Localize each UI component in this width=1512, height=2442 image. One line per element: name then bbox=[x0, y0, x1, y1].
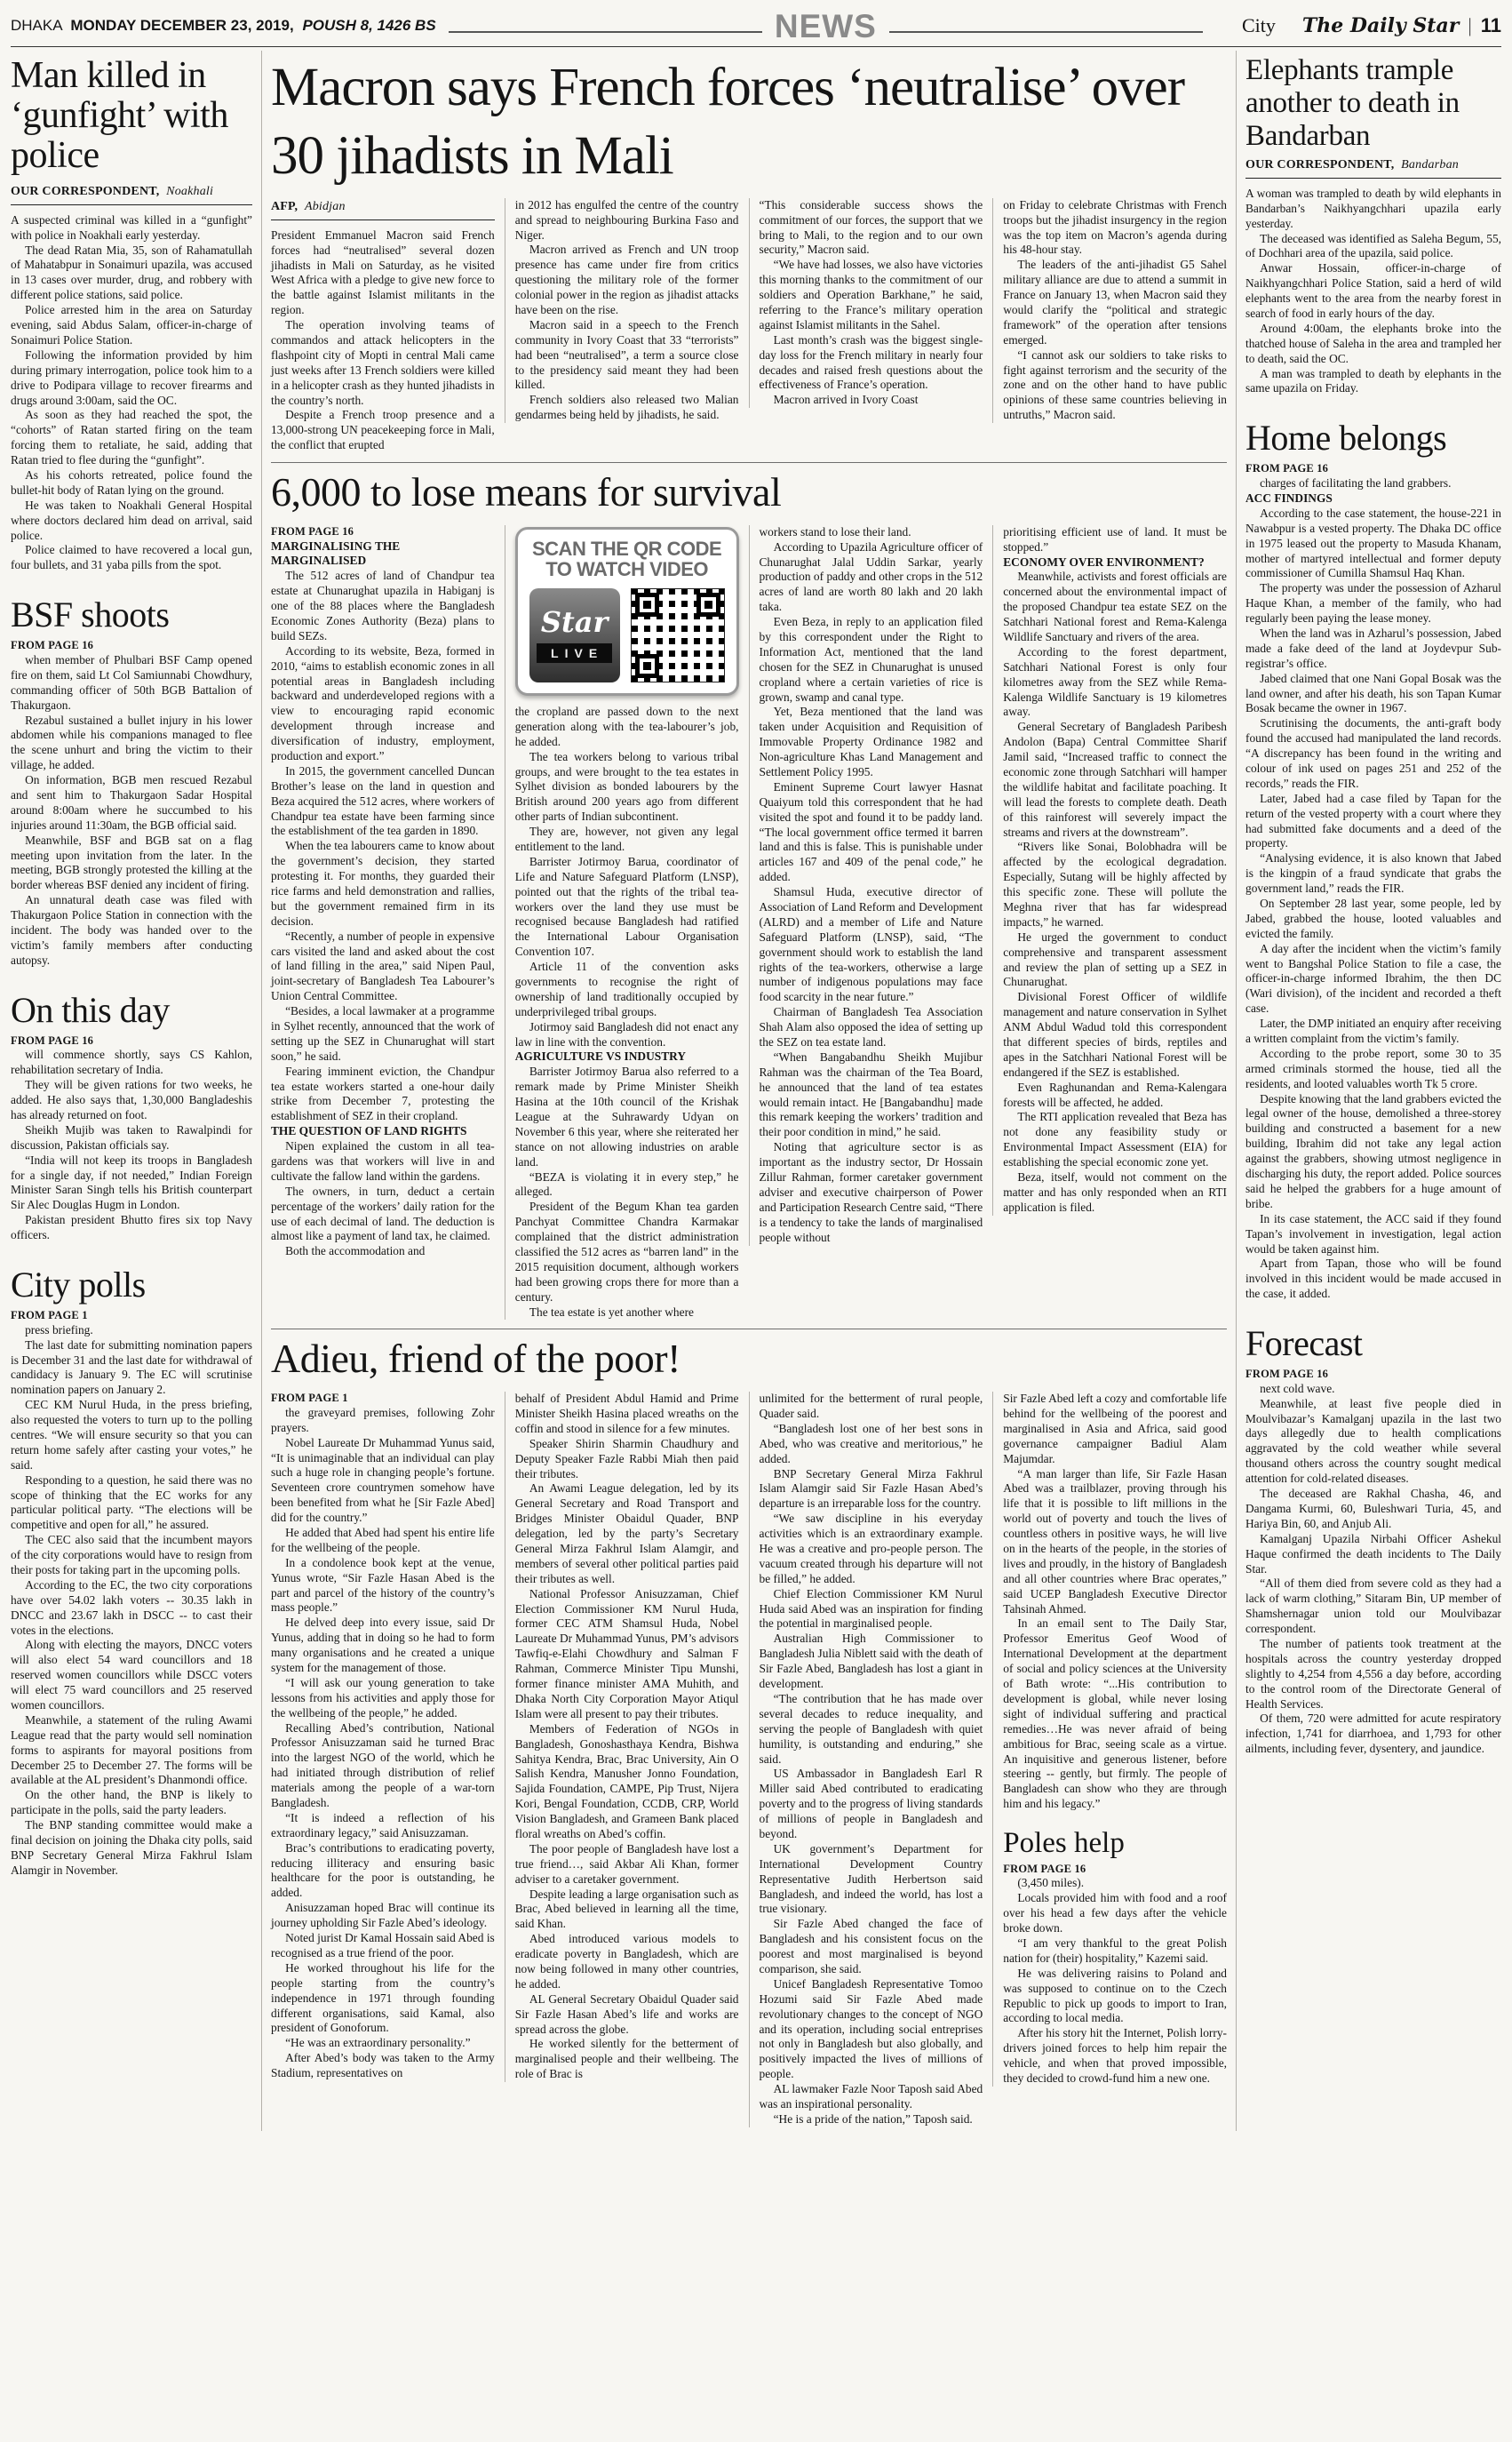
paragraph: Responding to a question, he said there … bbox=[11, 1473, 252, 1534]
paragraph: “I cannot ask our soldiers to take risks… bbox=[1003, 348, 1227, 423]
paragraph: In a condolence book kept at the venue, … bbox=[271, 1556, 495, 1616]
paragraph: “Analysing evidence, it is also known th… bbox=[1245, 851, 1501, 897]
paragraph: Meanwhile, activists and forest official… bbox=[1003, 570, 1227, 644]
paragraph: Recalling Abed’s contribution, National … bbox=[271, 1721, 495, 1811]
paragraph: on Friday to celebrate Christmas with Fr… bbox=[1003, 198, 1227, 259]
paragraph: FROM PAGE 16 bbox=[1003, 1863, 1227, 1877]
paragraph: Last month’s crash was the biggest singl… bbox=[760, 333, 983, 394]
byline-name: OUR CORRESPONDENT, bbox=[1245, 158, 1394, 172]
paragraph: “When Bangabandhu Sheikh Mujibur Rahman … bbox=[760, 1050, 983, 1140]
paragraph: Macron said in a speech to the French co… bbox=[515, 318, 739, 393]
paragraph: Police claimed to have recovered a local… bbox=[11, 543, 252, 573]
paragraph: A day after the incident when the victim… bbox=[1245, 942, 1501, 1017]
dateline-city: DHAKA bbox=[11, 17, 62, 34]
paragraph: President Emmanuel Macron said French fo… bbox=[271, 228, 495, 318]
paragraph: FROM PAGE 16 bbox=[1245, 1368, 1501, 1382]
paragraph: The owners, in turn, deduct a certain pe… bbox=[271, 1185, 495, 1245]
qr-promo-line2: TO WATCH VIDEO bbox=[529, 559, 726, 579]
paragraph: An Awami League delegation, led by its G… bbox=[515, 1481, 739, 1586]
paragraph: CEC KM Nurul Huda, in the press briefing… bbox=[11, 1398, 252, 1472]
paragraph: He added that Abed had spent his entire … bbox=[271, 1526, 495, 1556]
paragraph: Macron arrived as French and UN troop pr… bbox=[515, 243, 739, 317]
article-elephants: Elephants trample another to death in Ba… bbox=[1245, 54, 1501, 396]
right-column: Elephants trample another to death in Ba… bbox=[1237, 51, 1501, 2131]
paragraph: He worked silently for the betterment of… bbox=[515, 2037, 739, 2082]
paragraph: “We have had losses, we also have victor… bbox=[760, 258, 983, 332]
byline: OUR CORRESPONDENT, Noakhali bbox=[11, 185, 252, 205]
article-macron: Macron says French forces ‘neutralise’ o… bbox=[271, 54, 1227, 453]
paragraph: Sir Fazle Abed changed the face of Bangl… bbox=[760, 1917, 983, 1977]
paragraph: behalf of President Abdul Hamid and Prim… bbox=[515, 1392, 739, 1437]
paragraph: AL lawmaker Fazle Noor Taposh said Abed … bbox=[760, 2082, 983, 2112]
paragraph: Later, Jabed had a case filed by Tapan f… bbox=[1245, 792, 1501, 852]
paragraph: Beza, itself, would not comment on the m… bbox=[1003, 1170, 1227, 1216]
article-columns: FROM PAGE 16MARGINALISING THE MARGINALIS… bbox=[271, 525, 1227, 1321]
article-columns: FROM PAGE 1the graveyard premises, follo… bbox=[271, 1392, 1227, 2127]
byline: AFP, Abidjan bbox=[271, 200, 495, 220]
paragraph: French soldiers also released two Malian… bbox=[515, 393, 739, 423]
paragraph: The RTI application revealed that Beza h… bbox=[1003, 1110, 1227, 1170]
paragraph: General Secretary of Bangladesh Paribesh… bbox=[1003, 720, 1227, 840]
article-poles-help: Poles help FROM PAGE 16(3,450 miles).Loc… bbox=[1003, 1828, 1227, 2087]
paragraph: Nipen explained the custom in all tea-ga… bbox=[271, 1139, 495, 1185]
newspaper-page: DHAKA MONDAY DECEMBER 23, 2019, POUSH 8,… bbox=[0, 0, 1512, 2442]
article-body: A woman was trampled to death by wild el… bbox=[1245, 187, 1501, 396]
paragraph: Despite leading a large organisation suc… bbox=[515, 1887, 739, 1933]
paragraph: He worked throughout his life for the pe… bbox=[271, 1961, 495, 2036]
qr-promo-row: Star LIVE bbox=[529, 588, 726, 682]
paragraph: Chief Election Commissioner KM Nurul Hud… bbox=[760, 1587, 983, 1632]
paragraph: According to the case statement, the hou… bbox=[1245, 507, 1501, 581]
paragraph: A man was trampled to death by elephants… bbox=[1245, 367, 1501, 397]
paragraph: FROM PAGE 16 bbox=[11, 639, 252, 653]
paragraph: MARGINALISING THE MARGINALISED bbox=[271, 539, 495, 570]
paragraph: Even Raghunandan and Rema-Kalengara fore… bbox=[1003, 1081, 1227, 1111]
paragraph: After Abed’s body was taken to the Army … bbox=[271, 2051, 495, 2081]
paragraph: Barrister Jotirmoy Barua, coordinator of… bbox=[515, 855, 739, 960]
paragraph: “Besides, a local lawmaker at a programm… bbox=[271, 1004, 495, 1065]
article-city-polls: City polls FROM PAGE 1press briefing.The… bbox=[11, 1266, 252, 1879]
paragraph: Meanwhile, BSF and BGB sat on a flag mee… bbox=[11, 834, 252, 894]
paragraph: workers stand to lose their land. bbox=[760, 525, 983, 540]
paragraph: FROM PAGE 1 bbox=[11, 1309, 252, 1323]
masthead: The Daily Star bbox=[1302, 14, 1459, 37]
paragraph: US Ambassador in Bangladesh Earl R Mille… bbox=[760, 1767, 983, 1841]
dateline-date: MONDAY DECEMBER 23, 2019, bbox=[70, 17, 293, 34]
paragraph: He urged the government to conduct compr… bbox=[1003, 930, 1227, 991]
column-body: prioritising efficient use of land. It m… bbox=[1003, 525, 1227, 1216]
paragraph: Barrister Jotirmoy Barua also referred t… bbox=[515, 1065, 739, 1169]
qr-code-icon bbox=[631, 588, 725, 682]
paragraph: “He is a pride of the nation,” Taposh sa… bbox=[760, 2112, 983, 2127]
paragraph: Shamsul Huda, executive director of Asso… bbox=[760, 885, 983, 1005]
qr-promo-line1: SCAN THE QR CODE bbox=[529, 539, 726, 559]
live-label: LIVE bbox=[537, 643, 613, 663]
star-logo-text: Star bbox=[541, 608, 608, 636]
article-columns: AFP, Abidjan President Emmanuel Macron s… bbox=[271, 198, 1227, 453]
paragraph: Scrutinising the documents, the anti-gra… bbox=[1245, 716, 1501, 791]
paragraph: Noted jurist Dr Kamal Hossain said Abed … bbox=[271, 1931, 495, 1961]
byline-location: Noakhali bbox=[166, 185, 213, 198]
paragraph: “This considerable success shows the com… bbox=[760, 198, 983, 259]
paragraph: The leaders of the anti-jihadist G5 Sahe… bbox=[1003, 258, 1227, 347]
qr-promo-box: SCAN THE QR CODE TO WATCH VIDEO Star LIV… bbox=[515, 527, 739, 696]
paragraph: When the tea labourers came to know abou… bbox=[271, 839, 495, 929]
article-headline: Man killed in ‘gunfight’ with police bbox=[11, 56, 252, 176]
masthead-group: The Daily Star | 11 bbox=[1302, 14, 1501, 37]
column-body: workers stand to lose their land.Accordi… bbox=[760, 525, 983, 1246]
paragraph: Macron arrived in Ivory Coast bbox=[760, 393, 983, 408]
column-body: “This considerable success shows the com… bbox=[760, 198, 983, 408]
article-bsf-shoots: BSF shoots FROM PAGE 16when member of Ph… bbox=[11, 596, 252, 968]
column-4: Sir Fazle Abed left a cozy and comfortab… bbox=[992, 1392, 1227, 2087]
paragraph: Rezabul sustained a bullet injury in his… bbox=[11, 714, 252, 774]
paragraph: “I will ask our young generation to take… bbox=[271, 1676, 495, 1721]
paragraph: THE QUESTION OF LAND RIGHTS bbox=[271, 1124, 495, 1139]
page-number: 11 bbox=[1481, 14, 1501, 37]
article-headline: Macron says French forces ‘neutralise’ o… bbox=[271, 54, 1227, 191]
paragraph: “Rivers like Sonai, Bolobhadra will be a… bbox=[1003, 840, 1227, 930]
column-1: AFP, Abidjan President Emmanuel Macron s… bbox=[271, 198, 505, 453]
paragraph: Meanwhile, a statement of the ruling Awa… bbox=[11, 1713, 252, 1788]
paragraph: Australian High Commissioner to Banglade… bbox=[760, 1632, 983, 1692]
article-body: FROM PAGE 16next cold wave.Meanwhile, at… bbox=[1245, 1368, 1501, 1757]
paragraph: Following the information provided by hi… bbox=[11, 348, 252, 409]
section-divider bbox=[271, 462, 1227, 463]
paragraph: FROM PAGE 16 bbox=[1245, 462, 1501, 476]
paragraph: On information, BGB men rescued Rezabul … bbox=[11, 773, 252, 834]
paragraph: ACC FINDINGS bbox=[1245, 491, 1501, 507]
column-body: unlimited for the betterment of rural pe… bbox=[760, 1392, 983, 2127]
main-column: Macron says French forces ‘neutralise’ o… bbox=[261, 51, 1237, 2131]
article-headline: Adieu, friend of the poor! bbox=[271, 1337, 1227, 1381]
paragraph: Around 4:00am, the elephants broke into … bbox=[1245, 322, 1501, 367]
paragraph: Abed introduced various models to eradic… bbox=[515, 1932, 739, 1992]
paragraph: They are, however, not given any legal e… bbox=[515, 825, 739, 855]
paragraph: Jotirmoy said Bangladesh did not enact a… bbox=[515, 1020, 739, 1050]
paragraph: the cropland are passed down to the next… bbox=[515, 705, 739, 750]
paragraph: Police arrested him in the area on Satur… bbox=[11, 303, 252, 348]
paragraph: As soon as they had reached the spot, th… bbox=[11, 408, 252, 468]
paragraph: National Professor Anisuzzaman, Chief El… bbox=[515, 1587, 739, 1722]
article-headline: Home belongs bbox=[1245, 419, 1501, 457]
paragraph: when member of Phulbari BSF Camp opened … bbox=[11, 653, 252, 714]
paragraph: in 2012 has engulfed the centre of the c… bbox=[515, 198, 739, 243]
paragraph: He was taken to Noakhali General Hospita… bbox=[11, 499, 252, 544]
column-body: the cropland are passed down to the next… bbox=[515, 705, 739, 1321]
paragraph: “He was an extraordinary personality.” bbox=[271, 2036, 495, 2051]
column-body: in 2012 has engulfed the centre of the c… bbox=[515, 198, 739, 423]
paragraph: charges of facilitating the land grabber… bbox=[1245, 476, 1501, 491]
section-title: NEWS bbox=[775, 10, 877, 43]
article-headline: 6,000 to lose means for survival bbox=[271, 470, 1227, 515]
header-bottom-rule bbox=[11, 46, 1501, 47]
page-content: Man killed in ‘gunfight’ with police OUR… bbox=[11, 51, 1501, 2131]
article-forecast: Forecast FROM PAGE 16next cold wave.Mean… bbox=[1245, 1325, 1501, 1757]
paragraph: They will be given rations for two weeks… bbox=[11, 1078, 252, 1123]
paragraph: Sir Fazle Abed left a cozy and comfortab… bbox=[1003, 1392, 1227, 1466]
paragraph: Later, the DMP initiated an enquiry afte… bbox=[1245, 1017, 1501, 1047]
paragraph: Despite a French troop presence and a 13… bbox=[271, 408, 495, 453]
paragraph: “BEZA is violating it in every step,” he… bbox=[515, 1170, 739, 1201]
paragraph: Both the accommodation and bbox=[271, 1244, 495, 1259]
byline-location: Abidjan bbox=[305, 200, 346, 213]
paragraph: press briefing. bbox=[11, 1323, 252, 1338]
paragraph: The operation involving teams of command… bbox=[271, 318, 495, 408]
paragraph: He was delivering raisins to Poland and … bbox=[1003, 1967, 1227, 2027]
article-headline: Poles help bbox=[1003, 1828, 1227, 1859]
paragraph: The property was under the possession of… bbox=[1245, 581, 1501, 626]
paragraph: “It is indeed a reflection of his extrao… bbox=[271, 1811, 495, 1841]
paragraph: “We saw discipline in his everyday activ… bbox=[760, 1512, 983, 1586]
paragraph: According to the probe report, some 30 t… bbox=[1245, 1047, 1501, 1092]
paragraph: The 512 acres of land of Chandpur tea es… bbox=[271, 569, 495, 643]
paragraph: As his cohorts retreated, police found t… bbox=[11, 468, 252, 499]
article-on-this-day: On this day FROM PAGE 16will commence sh… bbox=[11, 992, 252, 1243]
paragraph: A woman was trampled to death by wild el… bbox=[1245, 187, 1501, 232]
column-body: President Emmanuel Macron said French fo… bbox=[271, 228, 495, 453]
paragraph: Divisional Forest Officer of wildlife ma… bbox=[1003, 990, 1227, 1080]
paragraph: Chairman of Bangladesh Tea Association S… bbox=[760, 1005, 983, 1050]
paragraph: The last date for submitting nomination … bbox=[11, 1338, 252, 1399]
paragraph: In its case statement, the ACC said if t… bbox=[1245, 1212, 1501, 1257]
paragraph: “The contribution that he has made over … bbox=[760, 1692, 983, 1767]
paragraph: In 2015, the government cancelled Duncan… bbox=[271, 764, 495, 839]
paragraph: According to Upazila Agriculture officer… bbox=[760, 540, 983, 615]
paragraph: Fearing imminent eviction, the Chandpur … bbox=[271, 1065, 495, 1125]
paragraph: Eminent Supreme Court lawyer Hasnat Quai… bbox=[760, 780, 983, 885]
paragraph: Noting that agriculture sector is as imp… bbox=[760, 1140, 983, 1245]
column-body: Sir Fazle Abed left a cozy and comfortab… bbox=[1003, 1392, 1227, 1812]
paragraph: Anisuzzaman hoped Brac will continue its… bbox=[271, 1901, 495, 1931]
paragraph: The deceased are Rakhal Chasha, 46, and … bbox=[1245, 1487, 1501, 1532]
dateline-bangla-date: POUSH 8, 1426 BS bbox=[302, 17, 435, 34]
byline-name: AFP, bbox=[271, 200, 298, 213]
paragraph: The deceased was identified as Saleha Be… bbox=[1245, 232, 1501, 262]
column-3: workers stand to lose their land.Accordi… bbox=[749, 525, 993, 1246]
paragraph: FROM PAGE 16 bbox=[271, 525, 495, 539]
byline-location: Bandarban bbox=[1401, 158, 1459, 172]
paragraph: Speaker Shirin Sharmin Chaudhury and Dep… bbox=[515, 1437, 739, 1482]
paragraph: Pakistan president Bhutto fires six top … bbox=[11, 1213, 252, 1243]
paragraph: “India will not keep its troops in Bangl… bbox=[11, 1153, 252, 1214]
paragraph: On the other hand, the BNP is likely to … bbox=[11, 1788, 252, 1818]
paragraph: After his story hit the Internet, Polish… bbox=[1003, 2026, 1227, 2087]
paragraph: Despite knowing that the land grabbers e… bbox=[1245, 1092, 1501, 1212]
article-body: A suspected criminal was killed in a “gu… bbox=[11, 213, 252, 573]
paragraph: According to its website, Beza, formed i… bbox=[271, 644, 495, 764]
paragraph: The CEC also said that the incumbent may… bbox=[11, 1533, 252, 1578]
article-body: FROM PAGE 16when member of Phulbari BSF … bbox=[11, 639, 252, 968]
paragraph: Nobel Laureate Dr Muhammad Yunus said, “… bbox=[271, 1436, 495, 1526]
paragraph: When the land was in Azharul’s possessio… bbox=[1245, 626, 1501, 672]
paragraph: In an email sent to The Daily Star, Prof… bbox=[1003, 1616, 1227, 1812]
paragraph: UK government’s Department for Internati… bbox=[760, 1842, 983, 1917]
section-divider bbox=[271, 1329, 1227, 1329]
paragraph: Article 11 of the convention asks govern… bbox=[515, 960, 739, 1020]
article-headline: BSF shoots bbox=[11, 596, 252, 634]
masthead-separator: | bbox=[1468, 14, 1471, 37]
paragraph: “All of them died from severe cold as th… bbox=[1245, 1576, 1501, 1637]
paragraph: The number of patients took treatment at… bbox=[1245, 1637, 1501, 1712]
article-adieu: Adieu, friend of the poor! FROM PAGE 1th… bbox=[271, 1337, 1227, 2127]
paragraph: Kamalganj Upazila Nirbahi Officer Asheku… bbox=[1245, 1532, 1501, 1577]
paragraph: An unnatural death case was filed with T… bbox=[11, 893, 252, 968]
paragraph: FROM PAGE 16 bbox=[11, 1034, 252, 1049]
column-body: FROM PAGE 1the graveyard premises, follo… bbox=[271, 1392, 495, 2081]
paragraph: The tea workers belong to various tribal… bbox=[515, 750, 739, 825]
column-3: “This considerable success shows the com… bbox=[749, 198, 993, 408]
paragraph: “Recently, a number of people in expensi… bbox=[271, 930, 495, 1004]
dateline: DHAKA MONDAY DECEMBER 23, 2019, POUSH 8,… bbox=[11, 17, 436, 35]
paragraph: Brac’s contributions to eradicating pove… bbox=[271, 1841, 495, 1902]
paragraph: Members of Federation of NGOs in Banglad… bbox=[515, 1722, 739, 1842]
qr-finder-mark bbox=[635, 654, 659, 678]
column-1: FROM PAGE 1the graveyard premises, follo… bbox=[271, 1392, 505, 2081]
paragraph: BNP Secretary General Mirza Fakhrul Isla… bbox=[760, 1467, 983, 1512]
paragraph: The tea estate is yet another where bbox=[515, 1305, 739, 1321]
paragraph: prioritising efficient use of land. It m… bbox=[1003, 525, 1227, 555]
column-2: in 2012 has engulfed the centre of the c… bbox=[505, 198, 749, 423]
article-headline: City polls bbox=[11, 1266, 252, 1304]
paragraph: Anwar Hossain, officer-in-charge of Naik… bbox=[1245, 261, 1501, 322]
article-headline: Elephants trample another to death in Ba… bbox=[1245, 54, 1501, 153]
paragraph: Locals provided him with food and a roof… bbox=[1003, 1891, 1227, 1936]
paragraph: A suspected criminal was killed in a “gu… bbox=[11, 213, 252, 243]
column-4: on Friday to celebrate Christmas with Fr… bbox=[992, 198, 1227, 423]
qr-promo-title: SCAN THE QR CODE TO WATCH VIDEO bbox=[529, 539, 726, 579]
paragraph: ECONOMY OVER ENVIRONMENT? bbox=[1003, 555, 1227, 571]
paragraph: Along with electing the mayors, DNCC vot… bbox=[11, 1638, 252, 1712]
left-column: Man killed in ‘gunfight’ with police OUR… bbox=[11, 51, 261, 2131]
paragraph: next cold wave. bbox=[1245, 1382, 1501, 1397]
paragraph: Yet, Beza mentioned that the land was ta… bbox=[760, 705, 983, 779]
column-2: behalf of President Abdul Hamid and Prim… bbox=[505, 1392, 749, 2082]
paragraph: According to the forest department, Satc… bbox=[1003, 645, 1227, 720]
paragraph: Apart from Tapan, those who will be foun… bbox=[1245, 1257, 1501, 1302]
column-body: on Friday to celebrate Christmas with Fr… bbox=[1003, 198, 1227, 423]
paragraph: The BNP standing committee would make a … bbox=[11, 1818, 252, 1879]
column-1: FROM PAGE 16MARGINALISING THE MARGINALIS… bbox=[271, 525, 505, 1260]
column-4: prioritising efficient use of land. It m… bbox=[992, 525, 1227, 1216]
paragraph: FROM PAGE 1 bbox=[271, 1392, 495, 1406]
byline-name: OUR CORRESPONDENT, bbox=[11, 185, 159, 198]
article-body: FROM PAGE 16will commence shortly, says … bbox=[11, 1034, 252, 1243]
star-live-logo: Star LIVE bbox=[529, 588, 620, 682]
paragraph: He delved deep into every issue, said Dr… bbox=[271, 1616, 495, 1676]
article-headline: On this day bbox=[11, 992, 252, 1029]
page-header: DHAKA MONDAY DECEMBER 23, 2019, POUSH 8,… bbox=[11, 5, 1501, 46]
column-body: behalf of President Abdul Hamid and Prim… bbox=[515, 1392, 739, 2082]
paragraph: Unicef Bangladesh Representative Tomoo H… bbox=[760, 1977, 983, 2082]
column-2: SCAN THE QR CODE TO WATCH VIDEO Star LIV… bbox=[505, 525, 749, 1321]
header-rule-left bbox=[449, 31, 762, 33]
paragraph: (3,450 miles). bbox=[1003, 1876, 1227, 1891]
paragraph: “A man larger than life, Sir Fazle Hasan… bbox=[1003, 1467, 1227, 1617]
paragraph: Of them, 720 were admitted for acute res… bbox=[1245, 1712, 1501, 1757]
article-headline: Forecast bbox=[1245, 1325, 1501, 1362]
paragraph: On September 28 last year, some people, … bbox=[1245, 897, 1501, 942]
paragraph: AGRICULTURE VS INDUSTRY bbox=[515, 1049, 739, 1065]
column-body: FROM PAGE 16MARGINALISING THE MARGINALIS… bbox=[271, 525, 495, 1260]
paragraph: According to the EC, the two city corpor… bbox=[11, 1578, 252, 1639]
paragraph: “I am very thankful to the great Polish … bbox=[1003, 1936, 1227, 1967]
column-3: unlimited for the betterment of rural pe… bbox=[749, 1392, 993, 2127]
byline: OUR CORRESPONDENT, Bandarban bbox=[1245, 158, 1501, 179]
paragraph: The poor people of Bangladesh have lost … bbox=[515, 1842, 739, 1887]
paragraph: President of the Begum Khan tea garden P… bbox=[515, 1200, 739, 1305]
article-body: FROM PAGE 16(3,450 miles).Locals provide… bbox=[1003, 1863, 1227, 2087]
paragraph: Meanwhile, at least five people died in … bbox=[1245, 1397, 1501, 1487]
article-home-belongs: Home belongs FROM PAGE 16charges of faci… bbox=[1245, 419, 1501, 1302]
article-gunfight: Man killed in ‘gunfight’ with police OUR… bbox=[11, 56, 252, 573]
paragraph: The dead Ratan Mia, 35, son of Rahamatul… bbox=[11, 243, 252, 304]
paragraph: unlimited for the betterment of rural pe… bbox=[760, 1392, 983, 1422]
article-body: FROM PAGE 16charges of facilitating the … bbox=[1245, 462, 1501, 1302]
paragraph: Even Beza, in reply to an application fi… bbox=[760, 615, 983, 705]
paragraph: will commence shortly, says CS Kahlon, r… bbox=[11, 1048, 252, 1078]
paragraph: Jabed claimed that one Nani Gopal Bosak … bbox=[1245, 672, 1501, 717]
paragraph: AL General Secretary Obaidul Quader said… bbox=[515, 1992, 739, 2038]
paragraph: the graveyard premises, following Zohr p… bbox=[271, 1406, 495, 1436]
article-survival: 6,000 to lose means for survival FROM PA… bbox=[271, 470, 1227, 1320]
header-rule-right bbox=[889, 31, 1203, 33]
article-body: FROM PAGE 1press briefing.The last date … bbox=[11, 1309, 252, 1879]
edition-label: City bbox=[1242, 14, 1276, 37]
paragraph: “Bangladesh lost one of her best sons in… bbox=[760, 1422, 983, 1467]
paragraph: Sheikh Mujib was taken to Rawalpindi for… bbox=[11, 1123, 252, 1153]
